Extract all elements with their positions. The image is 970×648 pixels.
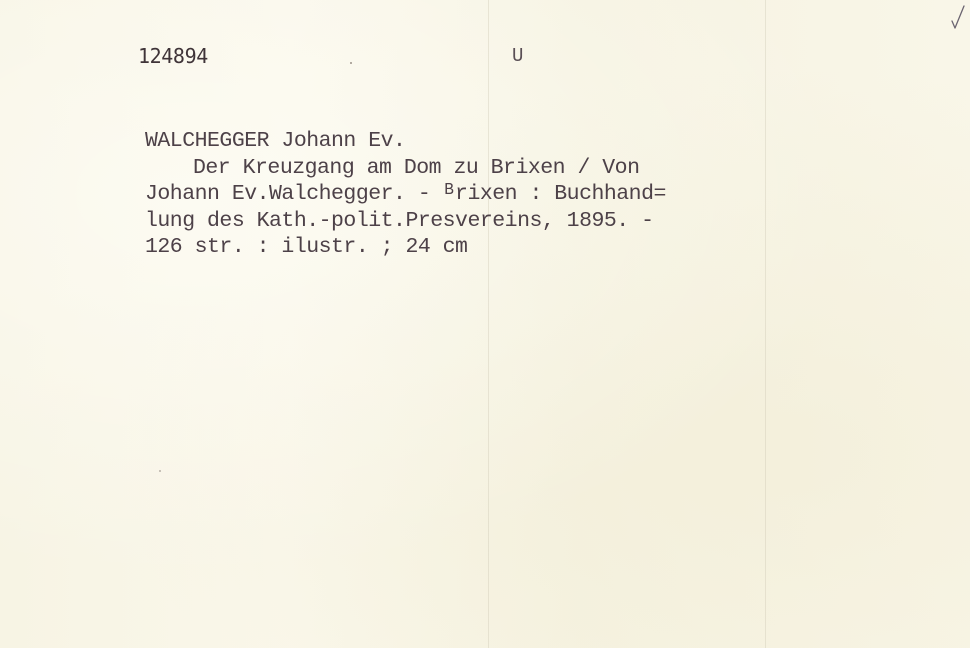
location-mark: U [512, 43, 523, 69]
paper-speck [159, 470, 161, 472]
publisher-line: lung des Kath.-polit.Presvereins, 1895. … [145, 208, 666, 235]
title-line: Der Kreuzgang am Dom zu Brixen / Von [145, 155, 666, 182]
author-heading: WALCHEGGER Johann Ev. [145, 128, 666, 155]
catalog-card: 124894 U WALCHEGGER Johann Ev. Der Kreuz… [0, 0, 970, 648]
ink-dot [350, 62, 352, 64]
checkmark-icon [950, 4, 966, 30]
physical-description-line: 126 str. : ilustr. ; 24 cm [145, 234, 666, 261]
bibliographic-entry: WALCHEGGER Johann Ev. Der Kreuzgang am D… [145, 128, 666, 261]
publication-line: Johann Ev.Walchegger. - ᴮrixen : Buchhan… [145, 181, 666, 208]
paper-fold-line [765, 0, 766, 648]
call-number: 124894 [138, 43, 208, 69]
paper-fold-line [488, 0, 489, 648]
